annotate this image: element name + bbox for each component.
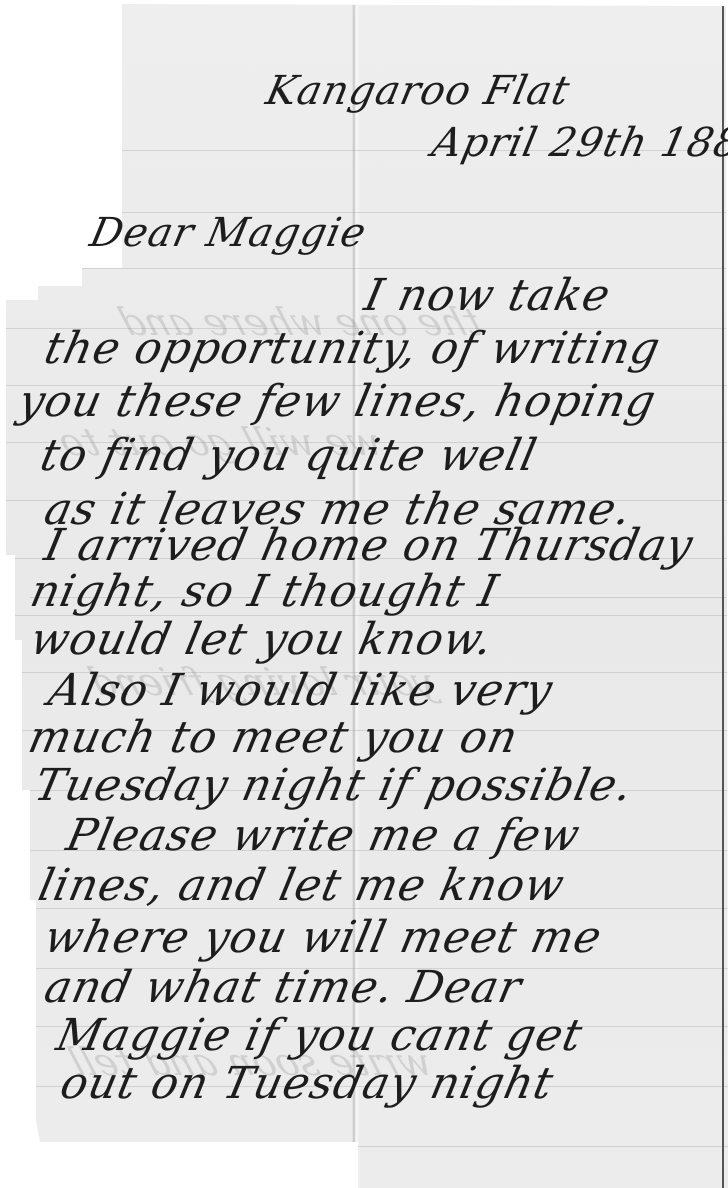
- letter-line: Maggie if you cant get: [52, 1010, 587, 1061]
- letter-line: I now take: [360, 270, 615, 321]
- letter-line: Tuesday night if possible.: [30, 760, 637, 811]
- letter-line: out on Tuesday night: [56, 1058, 558, 1109]
- letter-line: would let you know.: [26, 614, 498, 665]
- letter-line: Also I would like very: [44, 665, 557, 716]
- letter-line: much to meet you on: [24, 712, 523, 763]
- letter-line: the opportunity, of writing: [40, 323, 665, 374]
- letter-place: Kangaroo Flat: [262, 68, 574, 114]
- letter-line: night, so I thought I: [26, 566, 503, 617]
- letter-date: April 29th 1889: [428, 120, 728, 166]
- letter-line: to find you quite well: [36, 430, 542, 481]
- letter-line: where you will meet me: [40, 912, 607, 963]
- letter-salutation: Dear Maggie: [86, 210, 371, 256]
- letter-line: and what time. Dear: [40, 962, 527, 1013]
- letter-line: you these few lines, hoping: [14, 376, 661, 427]
- letter-line: lines, and let me know: [34, 860, 569, 911]
- letter-line: I arrived home on Thursday: [40, 520, 698, 571]
- paper-edge-shadow: [722, 6, 724, 1188]
- letter-line: Please write me a few: [62, 810, 585, 861]
